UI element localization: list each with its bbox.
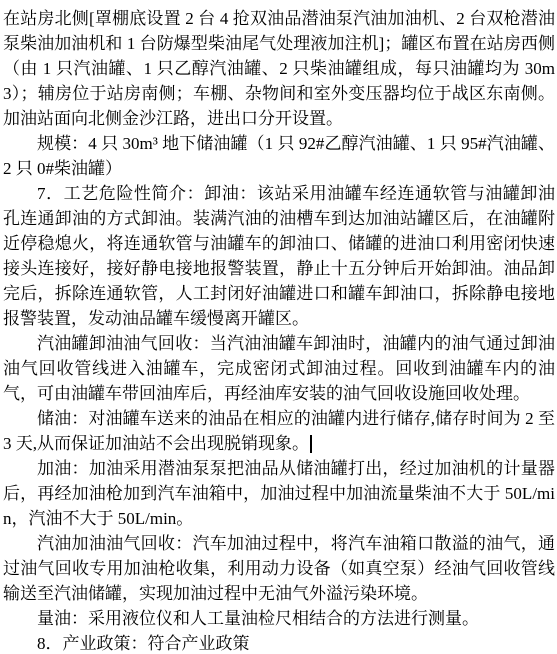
paragraph-refueling-vapor-recovery[interactable]: 汽油加油油气回收：汽车加油过程中，将汽车油箱口散溢的油气，通过油气回收专用加油枪… xyxy=(3,531,555,606)
paragraph-oil-storage[interactable]: 储油：对油罐车送来的油品在相应的油罐内进行储存,储存时间为 2 至 3 天,从而… xyxy=(3,406,555,456)
paragraph-station-layout-continued[interactable]: 在站房北侧[罩棚底设置 2 台 4 抢双油品潜油泵汽油加油机、2 台双枪潜油泵柴… xyxy=(3,6,555,131)
paragraph-oil-gauging[interactable]: 量油：采用液位仪和人工量油检尺相结合的方法进行测量。 xyxy=(3,606,555,631)
paragraph-tank-scale[interactable]: 规模：4 只 30m³ 地下储油罐（1 只 92#乙醇汽油罐、1 只 95#汽油… xyxy=(3,131,555,181)
paragraph-text: 8．产业政策：符合产业政策 xyxy=(37,634,250,653)
paragraph-refueling[interactable]: 加油：加油采用潜油泵泵把油品从储油罐打出，经过加油机的计量器后，再经加油枪加到汽… xyxy=(3,456,555,531)
document-page: 在站房北侧[罩棚底设置 2 台 4 抢双油品潜油泵汽油加油机、2 台双枪潜油泵柴… xyxy=(0,0,557,654)
paragraph-text: 汽油加油油气回收：汽车加油过程中，将汽车油箱口散溢的油气，通过油气回收专用加油枪… xyxy=(3,534,555,603)
paragraph-text: 7．工艺危险性简介：卸油：该站采用油罐车经连通软管与油罐卸油孔连通卸油的方式卸油… xyxy=(3,184,555,328)
paragraph-text: 加油：加油采用潜油泵泵把油品从储油罐打出，经过加油机的计量器后，再经加油枪加到汽… xyxy=(3,459,555,528)
paragraph-industrial-policy[interactable]: 8．产业政策：符合产业政策 xyxy=(3,631,555,654)
paragraph-text: 规模：4 只 30m³ 地下储油罐（1 只 92#乙醇汽油罐、1 只 95#汽油… xyxy=(3,134,555,178)
paragraph-text: 在站房北侧[罩棚底设置 2 台 4 抢双油品潜油泵汽油加油机、2 台双枪潜油泵柴… xyxy=(3,9,555,128)
paragraph-text: 汽油罐卸油油气回收：当汽油油罐车卸油时，油罐内的油气通过卸油油气回收管线进入油罐… xyxy=(3,334,555,403)
text-cursor xyxy=(310,435,312,453)
paragraph-text: 储油：对油罐车送来的油品在相应的油罐内进行储存,储存时间为 2 至 3 天,从而… xyxy=(3,409,555,453)
paragraph-text: 量油：采用液位仪和人工量油检尺相结合的方法进行测量。 xyxy=(37,609,479,628)
paragraph-unloading-vapor-recovery[interactable]: 汽油罐卸油油气回收：当汽油油罐车卸油时，油罐内的油气通过卸油油气回收管线进入油罐… xyxy=(3,331,555,406)
paragraph-process-risk-unloading[interactable]: 7．工艺危险性简介：卸油：该站采用油罐车经连通软管与油罐卸油孔连通卸油的方式卸油… xyxy=(3,181,555,331)
